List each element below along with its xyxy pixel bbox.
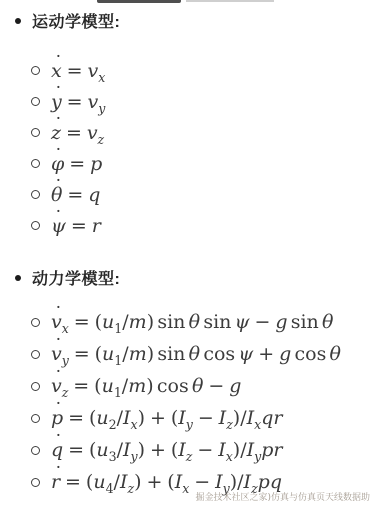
equation-item: p=(u2/Ix)+(Iy−Iz)/Ixqr [31,402,373,434]
bullet-circle-icon [31,446,40,455]
section-title-row: 动力学模型: [0,267,373,288]
bullet-circle-icon [31,221,40,230]
bullet-disc-icon [15,18,21,24]
equation-list: x=vxy=vyz=vzφ=pθ=qψ=r [0,55,373,241]
bullet-circle-icon [31,66,40,75]
equation: vz=(u1/m)cosθ−g [51,374,241,398]
bullet-circle-icon [31,382,40,391]
equation: p=(u2/Ix)+(Iy−Iz)/Ixqr [51,406,282,430]
content: 运动学模型:x=vxy=vyz=vzφ=pθ=qψ=r动力学模型:vx=(u1/… [0,0,373,498]
bullet-circle-icon [31,318,40,327]
bullet-circle-icon [31,97,40,106]
bullet-disc-icon [15,275,21,281]
bullet-circle-icon [31,350,40,359]
equation-item: r=(u4/Iz)+(Ix−Iy)/Izpq [31,466,373,498]
equation-item: vx=(u1/m)sinθsinψ−gsinθ [31,306,373,338]
equation-item: z=vz [31,117,373,148]
section-title: 运动学模型: [32,9,120,32]
section-title: 动力学模型: [32,266,120,289]
bullet-circle-icon [31,414,40,423]
equation-item: vz=(u1/m)cosθ−g [31,370,373,402]
equation: y=vy [51,90,105,114]
equation-item: vy=(u1/m)sinθcosψ+gcosθ [31,338,373,370]
equation: θ=q [51,183,100,207]
section-kinematics-model: 运动学模型:x=vxy=vyz=vzφ=pθ=qψ=r [0,0,373,241]
equation: q=(u3/Iy)+(Iz−Ix)/Iypr [51,438,283,462]
bullet-circle-icon [31,190,40,199]
equation: ψ=r [51,214,101,238]
equation-item: ψ=r [31,210,373,241]
equation-item: θ=q [31,179,373,210]
equation-list: vx=(u1/m)sinθsinψ−gsinθvy=(u1/m)sinθcosψ… [0,306,373,498]
equation: z=vz [51,121,104,145]
page: 运动学模型:x=vxy=vyz=vzφ=pθ=qψ=r动力学模型:vx=(u1/… [0,0,373,505]
section-dynamics-model: 动力学模型:vx=(u1/m)sinθsinψ−gsinθvy=(u1/m)si… [0,267,373,498]
equation: r=(u4/Iz)+(Ix−Iy)/Izpq [51,470,282,494]
bullet-circle-icon [31,478,40,487]
equation-item: q=(u3/Iy)+(Iz−Ix)/Iypr [31,434,373,466]
equation: vx=(u1/m)sinθsinψ−gsinθ [51,310,333,334]
bullet-circle-icon [31,128,40,137]
equation: vy=(u1/m)sinθcosψ+gcosθ [51,342,341,366]
bullet-circle-icon [31,159,40,168]
section-title-row: 运动学模型: [0,10,373,31]
equation-item: y=vy [31,86,373,117]
equation-item: x=vx [31,55,373,86]
equation-item: φ=p [31,148,373,179]
equation: φ=p [51,152,102,176]
equation: x=vx [51,59,105,83]
